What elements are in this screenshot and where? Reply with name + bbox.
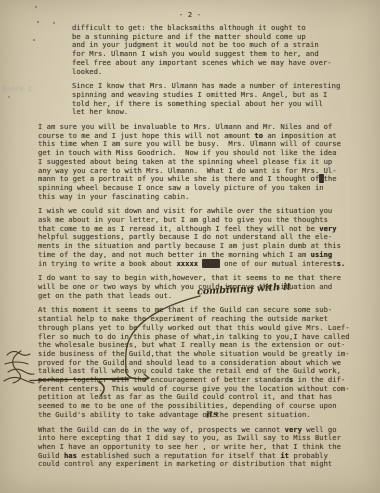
ink-speck [35, 6, 37, 8]
typed-line: could control any experiment in marketin… [38, 460, 378, 469]
margin-scribble [4, 351, 34, 383]
typed-line: in trying to write a book about xxxxx jx… [38, 260, 378, 269]
typed-line: looked. [72, 68, 378, 77]
handwritten-its-insertion: its [206, 409, 219, 420]
typed-line: this way in your fascinating cabin. [38, 193, 378, 202]
ink-speck [37, 21, 39, 23]
paragraph: I wish we could sit down and visit for a… [38, 207, 378, 268]
paragraph: What the Guild can do in the way of, pro… [38, 426, 378, 470]
paragraph: difficult to get: the blacksmiths althou… [72, 24, 378, 76]
typed-text: difficult to get: the blacksmiths althou… [38, 24, 378, 475]
typed-line: feel free about any important scenes whi… [72, 59, 378, 68]
ink-speck [33, 39, 35, 41]
paragraph: I am sure you will be invaluable to Mrs.… [38, 123, 378, 201]
paragraph: Since I know that Mrs. Ulmann has made a… [72, 82, 378, 117]
paragraph: At this moment it seems to me that if th… [38, 306, 378, 419]
ink-speck [8, 96, 10, 98]
typed-line: let her know. [72, 108, 378, 117]
page-number: - 2 - [0, 10, 380, 19]
letter-page: - 2 - difficult to get: the blacksmiths … [0, 0, 380, 493]
ghost-offset-text: Since I [2, 84, 32, 93]
paper-stain [100, 448, 170, 464]
ink-speck [53, 22, 55, 24]
